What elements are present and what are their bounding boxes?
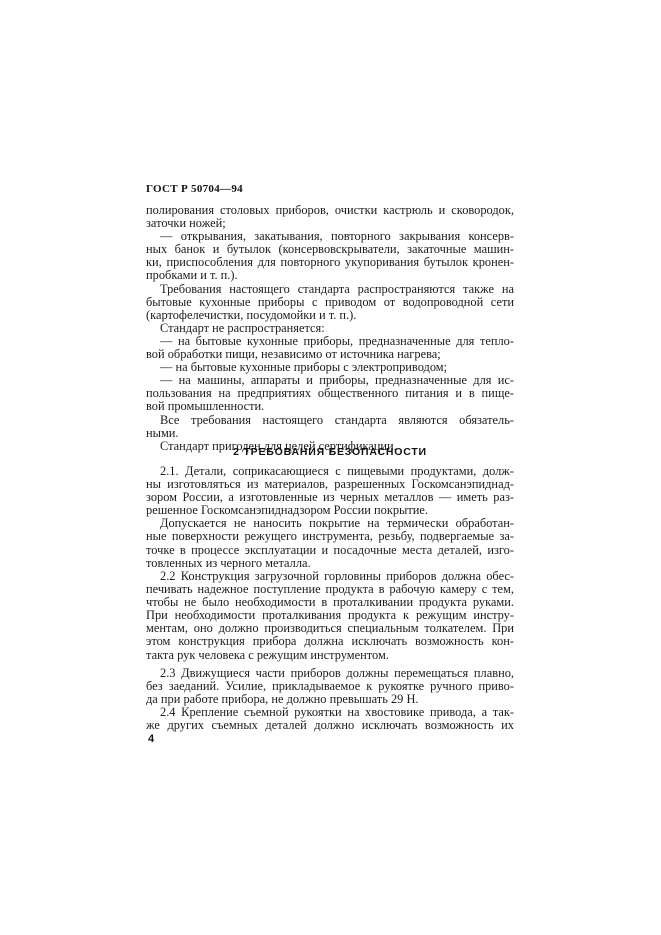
page-number: 4 <box>148 733 154 745</box>
text-line: вой промышленности. <box>146 400 514 413</box>
text-line: товленных из черного металла. <box>146 557 514 570</box>
text-line: точке в процессе эксплуатации и посадочн… <box>146 544 514 557</box>
section-heading: 2 ТРЕБОВАНИЯ БЕЗОПАСНОСТИ <box>146 446 514 458</box>
clause-2-1: 2.1. Детали, соприкасающиеся с пищевыми … <box>146 465 514 570</box>
text-line: Стандарт не распространяется: <box>146 322 514 335</box>
text-line: же других съемных деталей должно исключа… <box>146 719 514 732</box>
clause-2-4: 2.4 Крепление съемной рукоятки на хвосто… <box>146 706 514 732</box>
text-line: этом конструкция прибора должна исключат… <box>146 635 514 648</box>
text-line: (картофелечистки, посудомойки и т. п.). <box>146 309 514 322</box>
text-line: Все требования настоящего стандарта явля… <box>146 414 514 427</box>
text-line: ные поверхности режущего инструмента, ре… <box>146 530 514 543</box>
document-code-header: ГОСТ Р 50704—94 <box>146 183 243 195</box>
text-line: бытовые кухонные приборы с приводом от в… <box>146 296 514 309</box>
document-page: ГОСТ Р 50704—94 полирования столовых при… <box>0 0 661 935</box>
clause-2-3: 2.3 Движущиеся части приборов должны пер… <box>146 667 514 706</box>
text-line: такта рук человека с режущим инструменто… <box>146 649 514 662</box>
intro-text-block: полирования столовых приборов, очистки к… <box>146 204 514 453</box>
clause-2-2: 2.2 Конструкция загрузочной горловины пр… <box>146 570 514 662</box>
text-line: ными. <box>146 427 514 440</box>
text-line: Требования настоящего стандарта распрост… <box>146 283 514 296</box>
text-line: пробками и т. п.). <box>146 269 514 282</box>
